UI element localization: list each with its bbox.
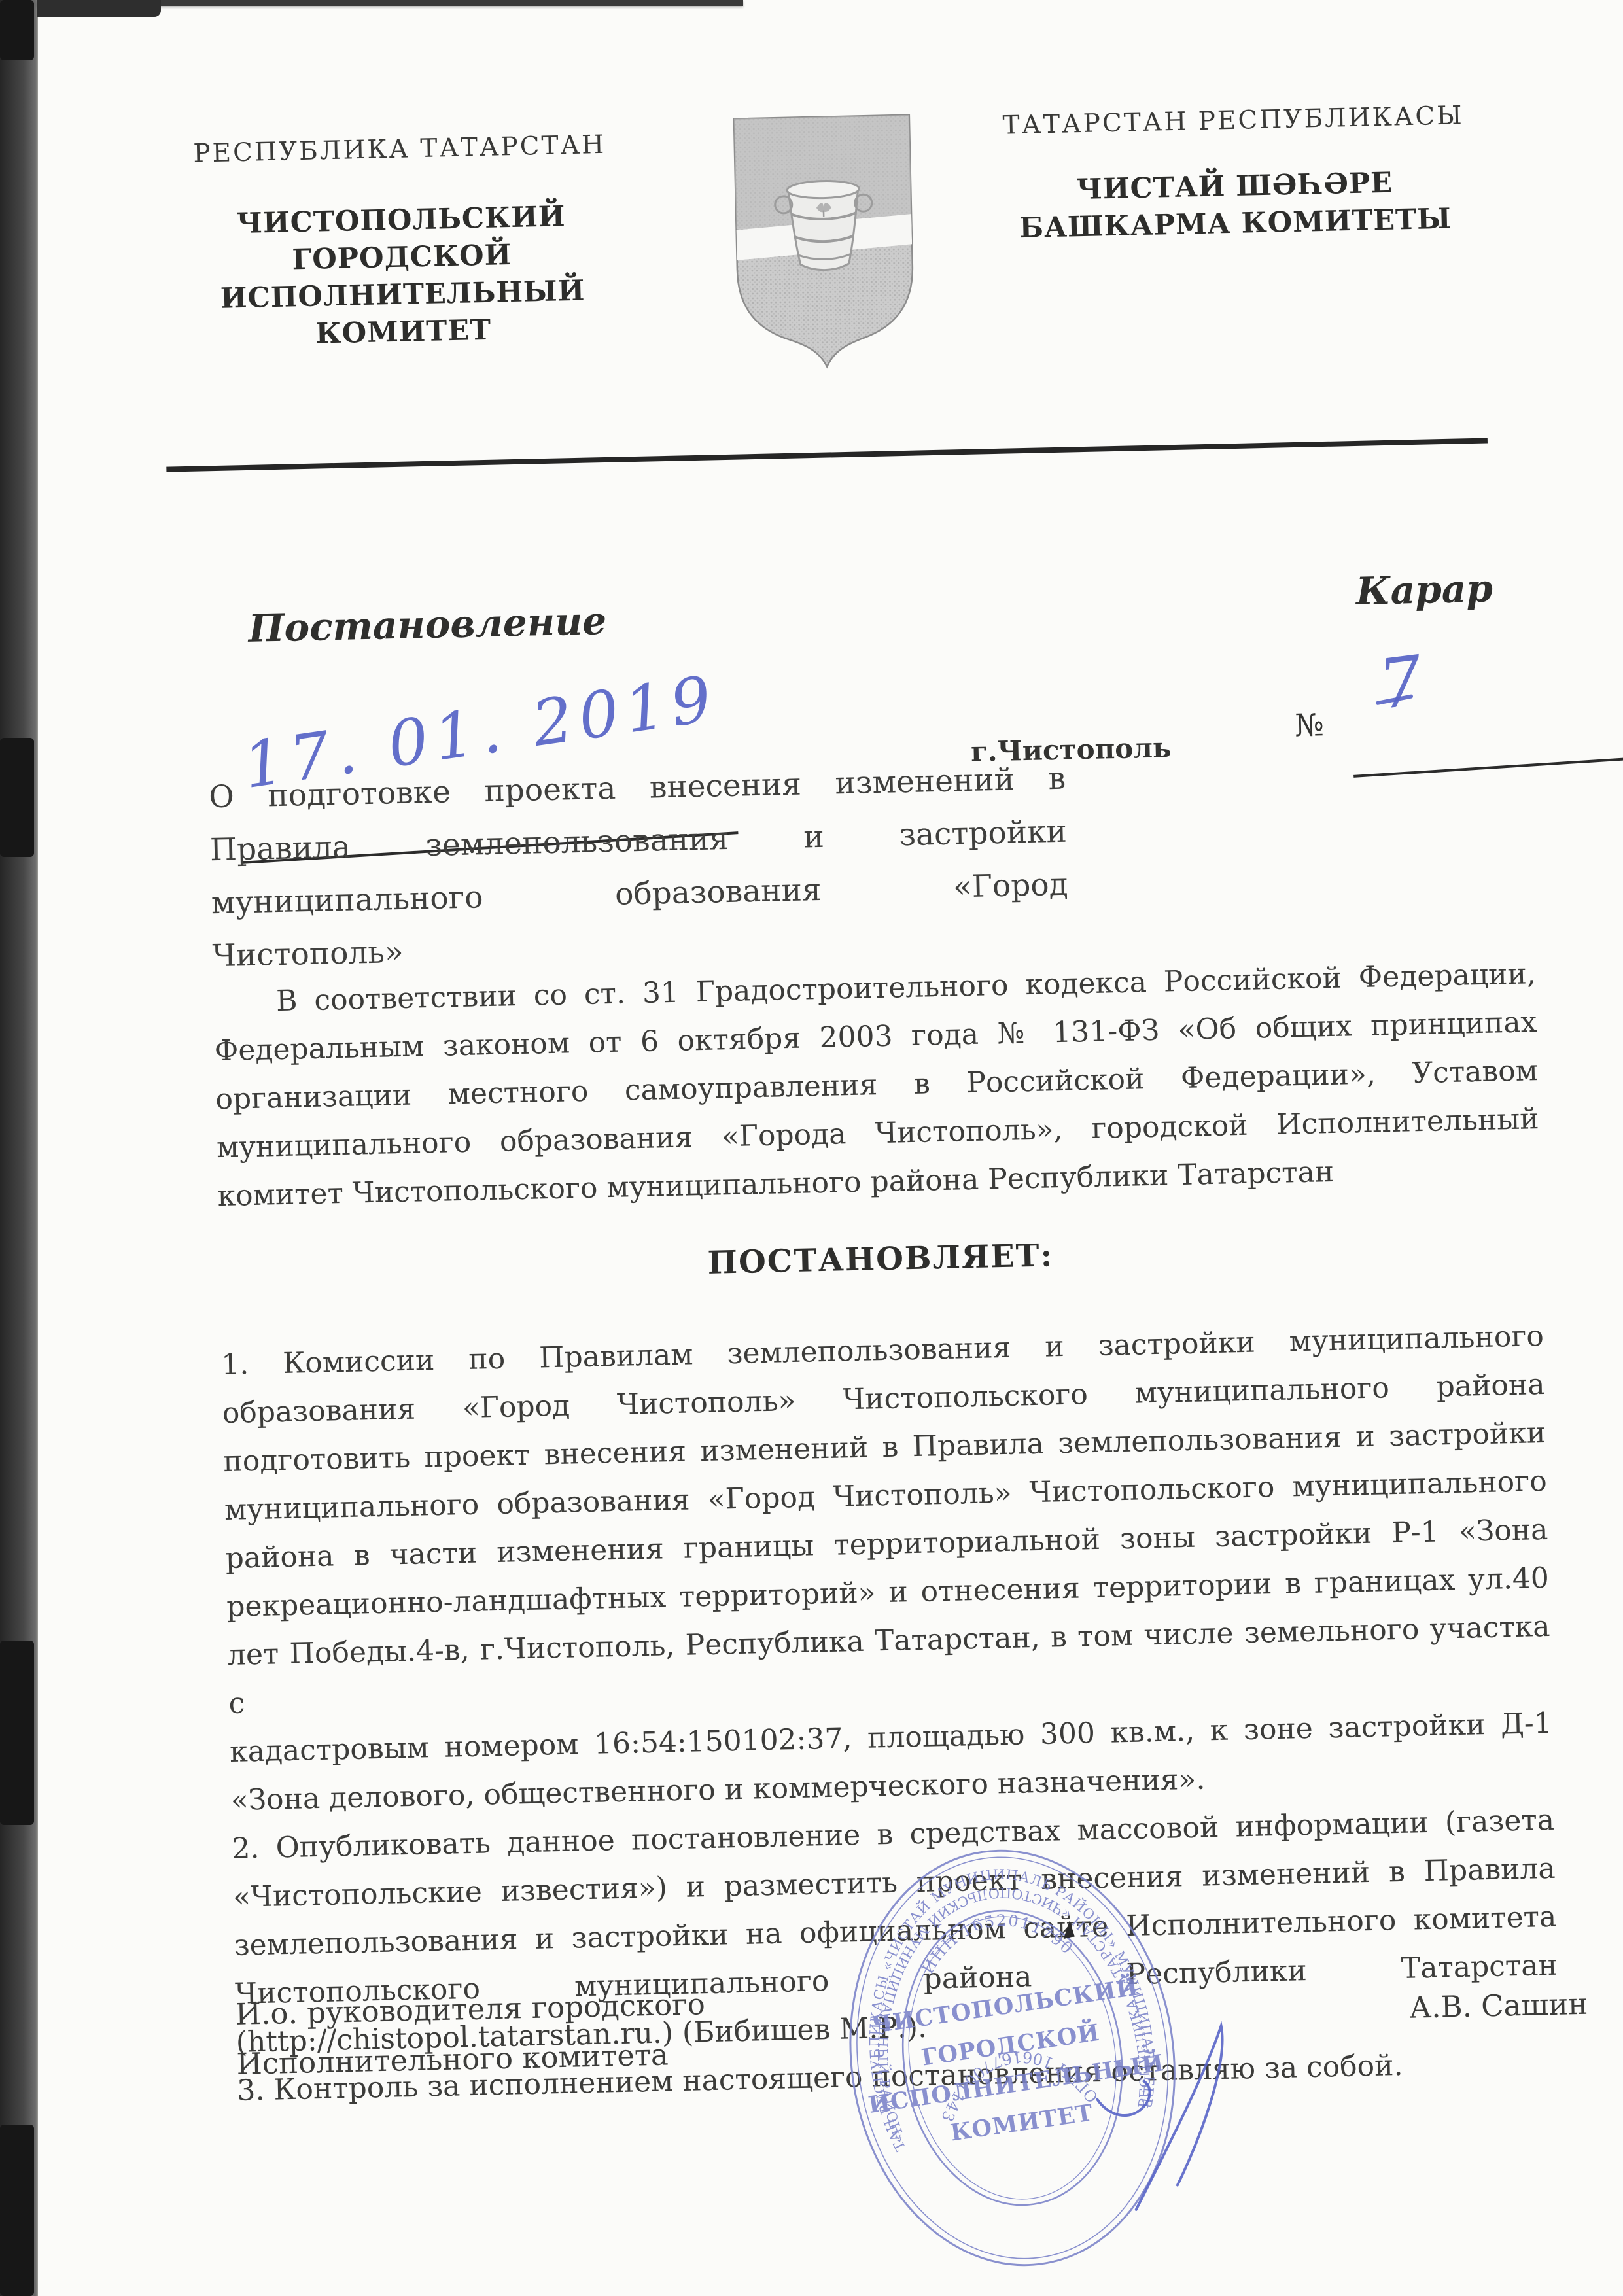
number-underline <box>1353 757 1623 778</box>
number-sign: № <box>1295 707 1325 744</box>
org-name-russian: РЕСПУБЛИКА ТАТАРСТАН ЧИСТОПОЛЬСКИЙ ГОРОД… <box>164 130 639 357</box>
signer-name: А.В. Сашин <box>1409 1987 1588 2025</box>
org-title-line: ИСПОЛНИТЕЛЬНЫЙ КОМИТЕТ <box>167 271 639 357</box>
resolves-heading: ПОСТАНОВЛЯЕТ: <box>218 1221 1542 1298</box>
document-body: РЕСПУБЛИКА ТАТАРСТАН ЧИСТОПОЛЬСКИЙ ГОРОД… <box>0 0 1623 2296</box>
org-republic-label: РЕСПУБЛИКА ТАТАРСТАН <box>164 130 635 169</box>
header-divider-rule <box>166 438 1488 472</box>
stamp-center-line: КОМИТЕТ <box>949 2099 1095 2146</box>
official-stamp: ТАТАРСТАН РЕСПУБЛИКАСЫ «ЧИСТАЙ МУНИЦИПАЛ… <box>816 1823 1209 2293</box>
preamble: В соответствии со ст. 31 Градостроительн… <box>213 950 1541 1221</box>
coat-of-arms-icon <box>729 111 920 374</box>
signer-position-line: Исполнительного комитета <box>236 2029 707 2089</box>
stamp-center-line: ЧИСТОПОЛЬСКИЙ <box>869 1972 1140 2040</box>
org-title-line: ЧИСТОПОЛЬСКИЙ ГОРОДСКОЙ <box>166 197 638 282</box>
doc-type-russian: Постановление <box>248 599 607 651</box>
org-name-tatar: ТАТАРСТАН РЕСПУБЛИКАСЫ ЧИСТАЙ ШӘҺӘРЕ БАШ… <box>998 101 1471 248</box>
org-republic-label: ТАТАРСТАН РЕСПУБЛИКАСЫ <box>998 101 1469 141</box>
subject-block: О подготовке проекта внесения изменений … <box>208 752 1070 983</box>
item-1: 1. Комиссии по Правилам землепользования… <box>220 1312 1554 1825</box>
scanned-document-page: РЕСПУБЛИКА ТАТАРСТАН ЧИСТОПОЛЬСКИЙ ГОРОД… <box>0 0 1623 2296</box>
signer-position: И.о. руководителя городского Исполнитель… <box>235 1979 707 2089</box>
doc-type-tatar: Карар <box>1355 566 1493 614</box>
handwritten-number: 7 <box>1374 640 1427 725</box>
